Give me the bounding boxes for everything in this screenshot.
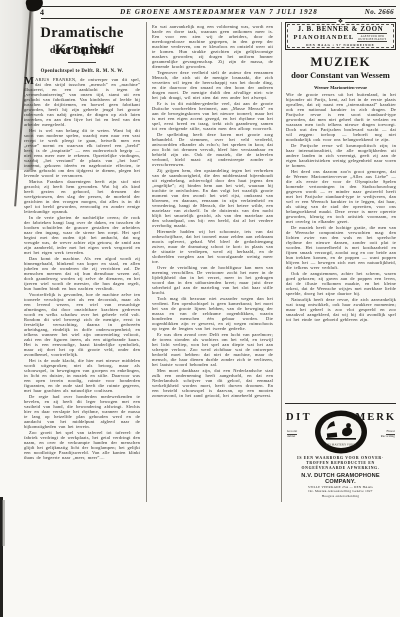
muziek-byline-rule — [328, 81, 354, 82]
article-end-rule — [285, 403, 396, 404]
scan-edge-strip-soft — [2, 500, 5, 546]
benner-ad-trade: PIANOHANDEL — [294, 34, 355, 41]
paragraph: Tegenover deze veelheid stelt de auteur … — [152, 70, 273, 100]
right-note-line-2: Recording — [381, 434, 395, 438]
paragraph: Hiermede hadden wij het schoonste, iets … — [152, 229, 273, 264]
left-note-line-2: debiet — [287, 434, 296, 438]
his-masters-voice-logo-icon: HIS MASTER'S VOICE — [314, 409, 368, 460]
gramophone-ad-word-dit: DIT — [286, 412, 312, 423]
paragraph: Het is wel van belang dit te weten. Want… — [24, 128, 140, 178]
middle-column-body: En wat aanvankelijk nog een voldoening w… — [152, 24, 273, 502]
header-rule-top — [41, 6, 396, 7]
paragraph: Er was dien avond over Delft een lucht v… — [152, 332, 273, 367]
paragraph: Toch mag dit bezwaar niet zwaarder wegen… — [152, 296, 273, 331]
gramophone-ad-right-note: Finest Recording — [381, 430, 395, 439]
paragraph: Dan komt de machine. Als een afgod wordt… — [24, 256, 140, 291]
muziek-title: MUZIEK — [285, 54, 396, 70]
benner-ad-inner: J. B. BENNER & ZOON PIANOHANDEL AGENTUUR… — [287, 24, 394, 48]
lead-paragraph-text: ARIUS FRANKEN, de ontwerper van dit spel… — [24, 77, 140, 127]
paragraph: In de verte gloeien de nachtelijke ovens… — [24, 215, 140, 255]
paragraph: Natuurlijk heeft deze revue, die zich aa… — [286, 297, 396, 322]
paragraph: En wat aanvankelijk nog een voldoening w… — [152, 24, 273, 69]
muziek-byline: door Constant van Wessem — [285, 70, 396, 80]
article-byline: door Top Naeff — [24, 45, 140, 56]
paragraph: Marius Franken daarentegen heeft zijn st… — [24, 179, 140, 214]
gramophone-company-name: N.V. DUTCH GRAMOPHONE COMPANY. — [285, 473, 396, 485]
paragraph: De spelleiding heeft deze koren met groo… — [152, 132, 273, 167]
paragraph: Voortreffelijk is gevonden, hoe de machi… — [24, 292, 140, 357]
paragraph: De regie had over honderden medewerkende… — [24, 394, 140, 429]
right-column-body: Wie de groote revues uit het buitenland,… — [286, 92, 396, 398]
lead-paragraph: MARIUS FRANKEN, de ontwerper van dit spe… — [24, 77, 140, 127]
guarantee-line-3: ONGEËVENAARDE AFWERKING. — [285, 466, 396, 471]
byline-rule — [68, 62, 96, 63]
left-column-body: MARIUS FRANKEN, de ontwerper van dit spe… — [24, 77, 140, 498]
benner-side-line-2: DUITSCHE PIANO'S — [358, 38, 386, 41]
benner-ad-address: DEN HAAG ▪ 97 NOORDEINDE — [306, 43, 374, 47]
paragraph: Het deed ons daarom zoo'n groot genoegen… — [286, 169, 396, 224]
paragraph: De muziek heeft de luchtige gratie, die … — [286, 225, 396, 270]
gramophone-award-line-2: Hoogste onderscheiding — [285, 494, 396, 499]
svg-text:HIS MASTER'S VOICE: HIS MASTER'S VOICE — [326, 443, 356, 447]
issue-number: No. 2666 — [365, 8, 394, 16]
column-rule-1 — [146, 22, 147, 502]
benner-ad-side-note: AGENTUUR DER DUITSCHE PIANO'S — [357, 33, 387, 42]
paragraph: Zoo groeit het spel van tafereel tot taf… — [24, 430, 140, 460]
muziek-subhead: Weener Marionetten-revue — [285, 85, 396, 90]
gramophone-ad-logo-row: DIT MERK HIS MASTER'S VOICE Grootst debi… — [285, 408, 396, 456]
masthead-title: DE GROENE AMSTERDAMMER VAN 7 JULI 1928 — [42, 8, 396, 16]
column-rule-2 — [281, 22, 282, 502]
benner-piano-ad: ❖ J. B. BENNER & ZOON PIANOHANDEL AGENTU… — [285, 22, 396, 50]
drop-cap: M — [24, 77, 35, 86]
paragraph: Men moet dankbaar zijn, dat een Nederlan… — [152, 368, 273, 398]
newspaper-page: 4 DE GROENE AMSTERDAMMER VAN 7 JULI 1928… — [0, 0, 400, 617]
paragraph: Het is de oude klacht, die hier met nieu… — [24, 358, 140, 393]
benner-ad-name: J. B. BENNER & ZOON — [298, 25, 384, 33]
paragraph: Er is in dit midden-gedeelte veel, dat a… — [152, 101, 273, 131]
paragraph: Ook de zangstemmen, achter het scherm, w… — [286, 271, 396, 296]
gramophone-ad: DIT MERK HIS MASTER'S VOICE Grootst debi… — [285, 408, 396, 498]
article-subhead: Openluchtspel te Delft. R. M. N. W. — [24, 69, 140, 74]
paragraph: Zij grijpen hem, den opstandeling tegen … — [152, 168, 273, 228]
paragraph: Over de vertolking van de hoofdfiguur ka… — [152, 265, 273, 295]
paragraph: Wie de groote revues uit het buitenland,… — [286, 92, 396, 142]
paragraph: De Parijsche revue wil kosmopolitisch zi… — [286, 143, 396, 168]
gramophone-ad-left-note: Grootst debiet — [287, 430, 297, 439]
